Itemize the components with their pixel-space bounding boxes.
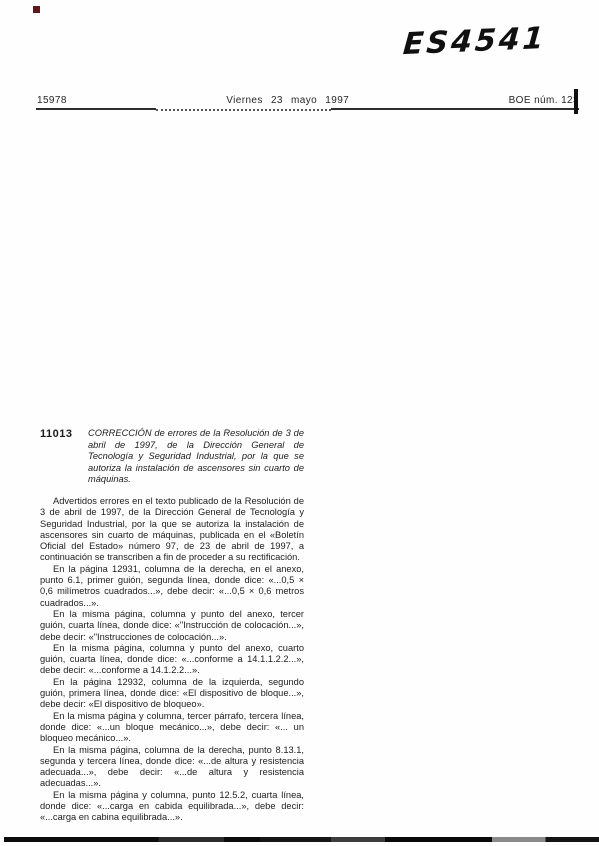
header-date: Viernes 23 mayo 1997 xyxy=(226,95,349,106)
header-rule-segment xyxy=(36,108,156,112)
article-paragraph: Advertidos errores en el texto publicado… xyxy=(40,496,304,564)
article-11013: 11013 CORRECCIÓN de errores de la Resolu… xyxy=(40,428,304,824)
scan-edge-bar xyxy=(574,89,578,114)
header-page-number: 15978 xyxy=(37,95,67,106)
article-paragraph: En la misma página, columna y punto del … xyxy=(40,643,304,677)
scanned-gazette-page: ES4541 15978 Viernes 23 mayo 1997 BOE nú… xyxy=(0,0,599,846)
header-issue-number: BOE núm. 123 xyxy=(509,95,579,106)
scan-bottom-bar xyxy=(4,837,599,842)
header-rule xyxy=(36,108,579,112)
article-paragraph: En la misma página, columna de la derech… xyxy=(40,745,304,790)
article-paragraph: En la misma página y columna, punto 12.5… xyxy=(40,790,304,824)
scan-corner-mark xyxy=(33,6,40,13)
running-header: 15978 Viernes 23 mayo 1997 BOE núm. 123 xyxy=(37,95,579,106)
article-paragraphs: Advertidos errores en el texto publicado… xyxy=(40,496,304,824)
article-paragraph: En la misma página y columna, tercer pár… xyxy=(40,711,304,745)
header-rule-segment xyxy=(331,108,579,112)
handwritten-code: ES4541 xyxy=(402,21,548,62)
article-paragraph: En la página 12932, columna de la izquie… xyxy=(40,677,304,711)
article-number: 11013 xyxy=(40,428,77,440)
article-paragraph: En la página 12931, columna de la derech… xyxy=(40,564,304,609)
article-paragraph: En la misma página, columna y punto del … xyxy=(40,609,304,643)
header-rule-segment-dotted xyxy=(156,109,331,112)
article-title: CORRECCIÓN de errores de la Resolución d… xyxy=(88,428,304,486)
article-heading: 11013 CORRECCIÓN de errores de la Resolu… xyxy=(40,428,304,486)
